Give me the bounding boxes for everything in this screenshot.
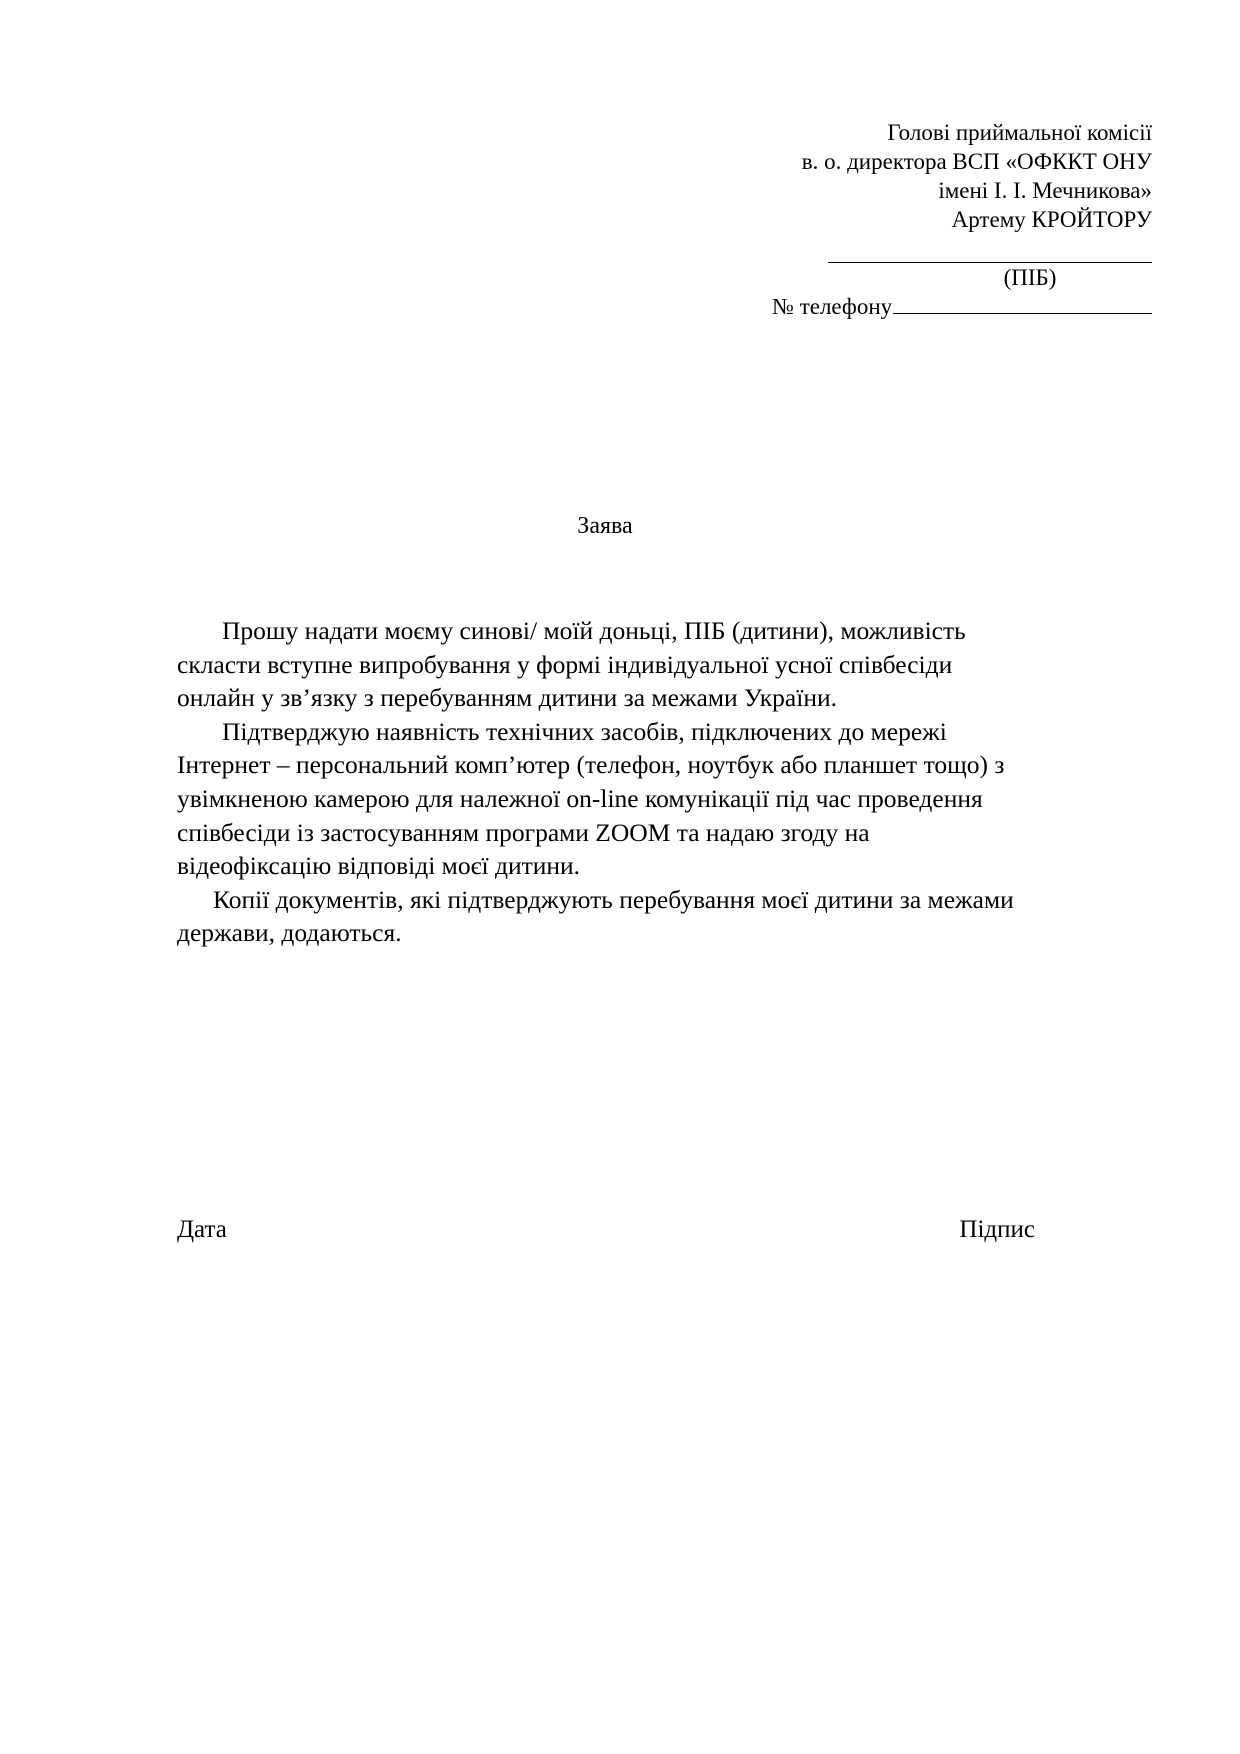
text-line: Підтверджую наявність технічних засобів,… (177, 715, 1137, 749)
addressee-line: Голові приймальної комісії (732, 118, 1152, 147)
addressee-block: Голові приймальної комісії в. о. директо… (732, 118, 1152, 234)
text-line: Копії документів, які підтверджують пере… (177, 883, 1137, 917)
text-line: Прошу надати моєму синові/ моїй доньці, … (177, 614, 1137, 648)
phone-label: № телефону (772, 292, 892, 321)
addressee-line: імені І. І. Мечникова» (732, 176, 1152, 205)
paragraph-attachments: Копії документів, які підтверджують пере… (177, 883, 1137, 950)
text-line: увімкненою камерою для належної on-line … (177, 782, 1137, 816)
text-line: відеофіксацію відповіді моєї дитини. (177, 849, 1137, 883)
text-line: співбесіди із застосуванням програми ZOO… (177, 816, 1137, 850)
addressee-line: Артему КРОЙТОРУ (732, 205, 1152, 234)
document-body: Прошу надати моєму синові/ моїй доньці, … (177, 614, 1137, 950)
phone-row: № телефону (772, 291, 1152, 321)
phone-field[interactable] (893, 291, 1152, 314)
text-line: скласти вступне випробування у формі інд… (177, 648, 1137, 682)
signature-row: Дата Підпис (177, 1214, 1035, 1246)
paragraph-request: Прошу надати моєму синові/ моїй доньці, … (177, 614, 1137, 715)
addressee-line: в. о. директора ВСП «ОФККТ ОНУ (732, 147, 1152, 176)
document-title: Заява (0, 511, 1210, 541)
text-line: держави, додаються. (177, 916, 1137, 950)
date-label: Дата (177, 1214, 227, 1246)
applicant-name-caption: (ПІБ) (828, 263, 1152, 292)
text-line: онлайн у зв’язку з перебуванням дитини з… (177, 681, 1137, 715)
paragraph-confirmation: Підтверджую наявність технічних засобів,… (177, 715, 1137, 883)
document-page: Голові приймальної комісії в. о. директо… (0, 0, 1240, 1754)
text-line: Інтернет – персональний комп’ютер (телеф… (177, 748, 1137, 782)
signature-label: Підпис (959, 1214, 1035, 1246)
